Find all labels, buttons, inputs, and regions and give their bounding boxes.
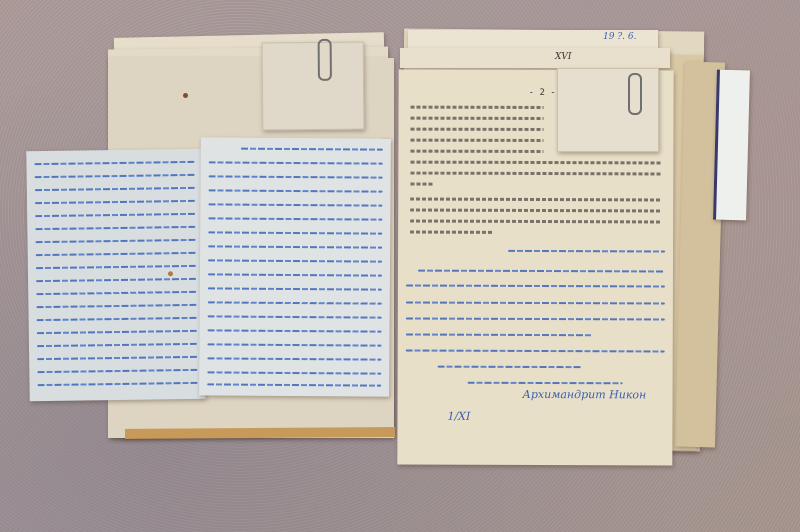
handwritten-line	[37, 343, 197, 347]
typed-line	[410, 128, 543, 131]
left-stack-folder-edge	[125, 427, 395, 439]
signature: Архимандрит Никон	[523, 388, 647, 401]
right-stack-top-sheet: XVI	[400, 48, 670, 68]
typed-line	[410, 150, 543, 153]
typed-line	[410, 220, 661, 224]
handwritten-line	[207, 357, 381, 360]
handwritten-line	[208, 273, 382, 276]
handwritten-line	[38, 382, 198, 386]
handwritten-line	[35, 226, 195, 230]
right-attached-note	[557, 68, 659, 152]
handwritten-line	[37, 330, 197, 334]
handwritten-line	[406, 302, 665, 305]
handwritten-line	[35, 200, 195, 204]
handwritten-line	[208, 217, 382, 220]
handwritten-line	[508, 250, 665, 253]
handwritten-line	[207, 343, 381, 346]
printed-label-strip	[713, 70, 750, 221]
handwritten-line	[35, 174, 195, 178]
rust-stain	[183, 93, 188, 98]
typed-line	[410, 183, 433, 186]
handwritten-line	[34, 161, 194, 165]
handwritten-line	[36, 278, 196, 282]
corner-mark: 19 ?. 6.	[603, 32, 636, 42]
handwritten-line	[37, 317, 197, 321]
handwritten-line	[208, 315, 382, 318]
handwritten-line	[36, 265, 196, 269]
handwritten-line	[208, 329, 382, 332]
paperclip-icon	[318, 39, 332, 81]
typed-line	[410, 231, 493, 234]
handwritten-line	[418, 270, 665, 273]
handwritten-line	[209, 161, 383, 164]
typed-line	[410, 161, 661, 165]
handwritten-line	[36, 304, 196, 308]
handwritten-line	[36, 291, 196, 295]
typed-line	[410, 172, 661, 176]
handwritten-line	[406, 318, 665, 321]
left-attached-note	[262, 42, 365, 131]
signature-date: 1/XI	[447, 410, 470, 423]
typed-line	[411, 106, 544, 109]
handwritten-line	[36, 239, 196, 243]
handwritten-line	[208, 245, 382, 248]
handwritten-line	[406, 350, 665, 353]
handwritten-line	[35, 187, 195, 191]
corner-mark: XVI	[555, 52, 571, 62]
handwritten-line	[208, 287, 382, 290]
handwritten-line	[35, 213, 195, 217]
typed-line	[410, 198, 661, 202]
handwritten-line	[207, 383, 381, 386]
handwritten-line	[468, 382, 623, 385]
handwritten-line	[36, 252, 196, 256]
typed-line	[410, 139, 543, 142]
handwritten-line	[208, 203, 382, 206]
ink-stain	[168, 271, 173, 276]
handwritten-line	[241, 148, 383, 151]
handwritten-line	[209, 175, 383, 178]
handwritten-line	[207, 371, 381, 374]
handwritten-letter-right	[199, 137, 391, 396]
right-stack-top-sheet: 19 ?. 6.	[408, 30, 658, 48]
handwritten-line	[438, 366, 583, 369]
typed-line	[410, 209, 661, 213]
handwritten-line	[208, 301, 382, 304]
handwritten-line	[209, 189, 383, 192]
handwritten-line	[406, 285, 665, 288]
handwritten-letter-left	[26, 149, 205, 401]
handwritten-line	[37, 369, 197, 373]
handwritten-line	[37, 356, 197, 360]
handwritten-line	[208, 231, 382, 234]
page-number: - 2 -	[529, 88, 556, 98]
handwritten-line	[208, 259, 382, 262]
handwritten-line	[406, 334, 593, 337]
typed-line	[411, 117, 544, 120]
paperclip-icon	[628, 73, 642, 115]
